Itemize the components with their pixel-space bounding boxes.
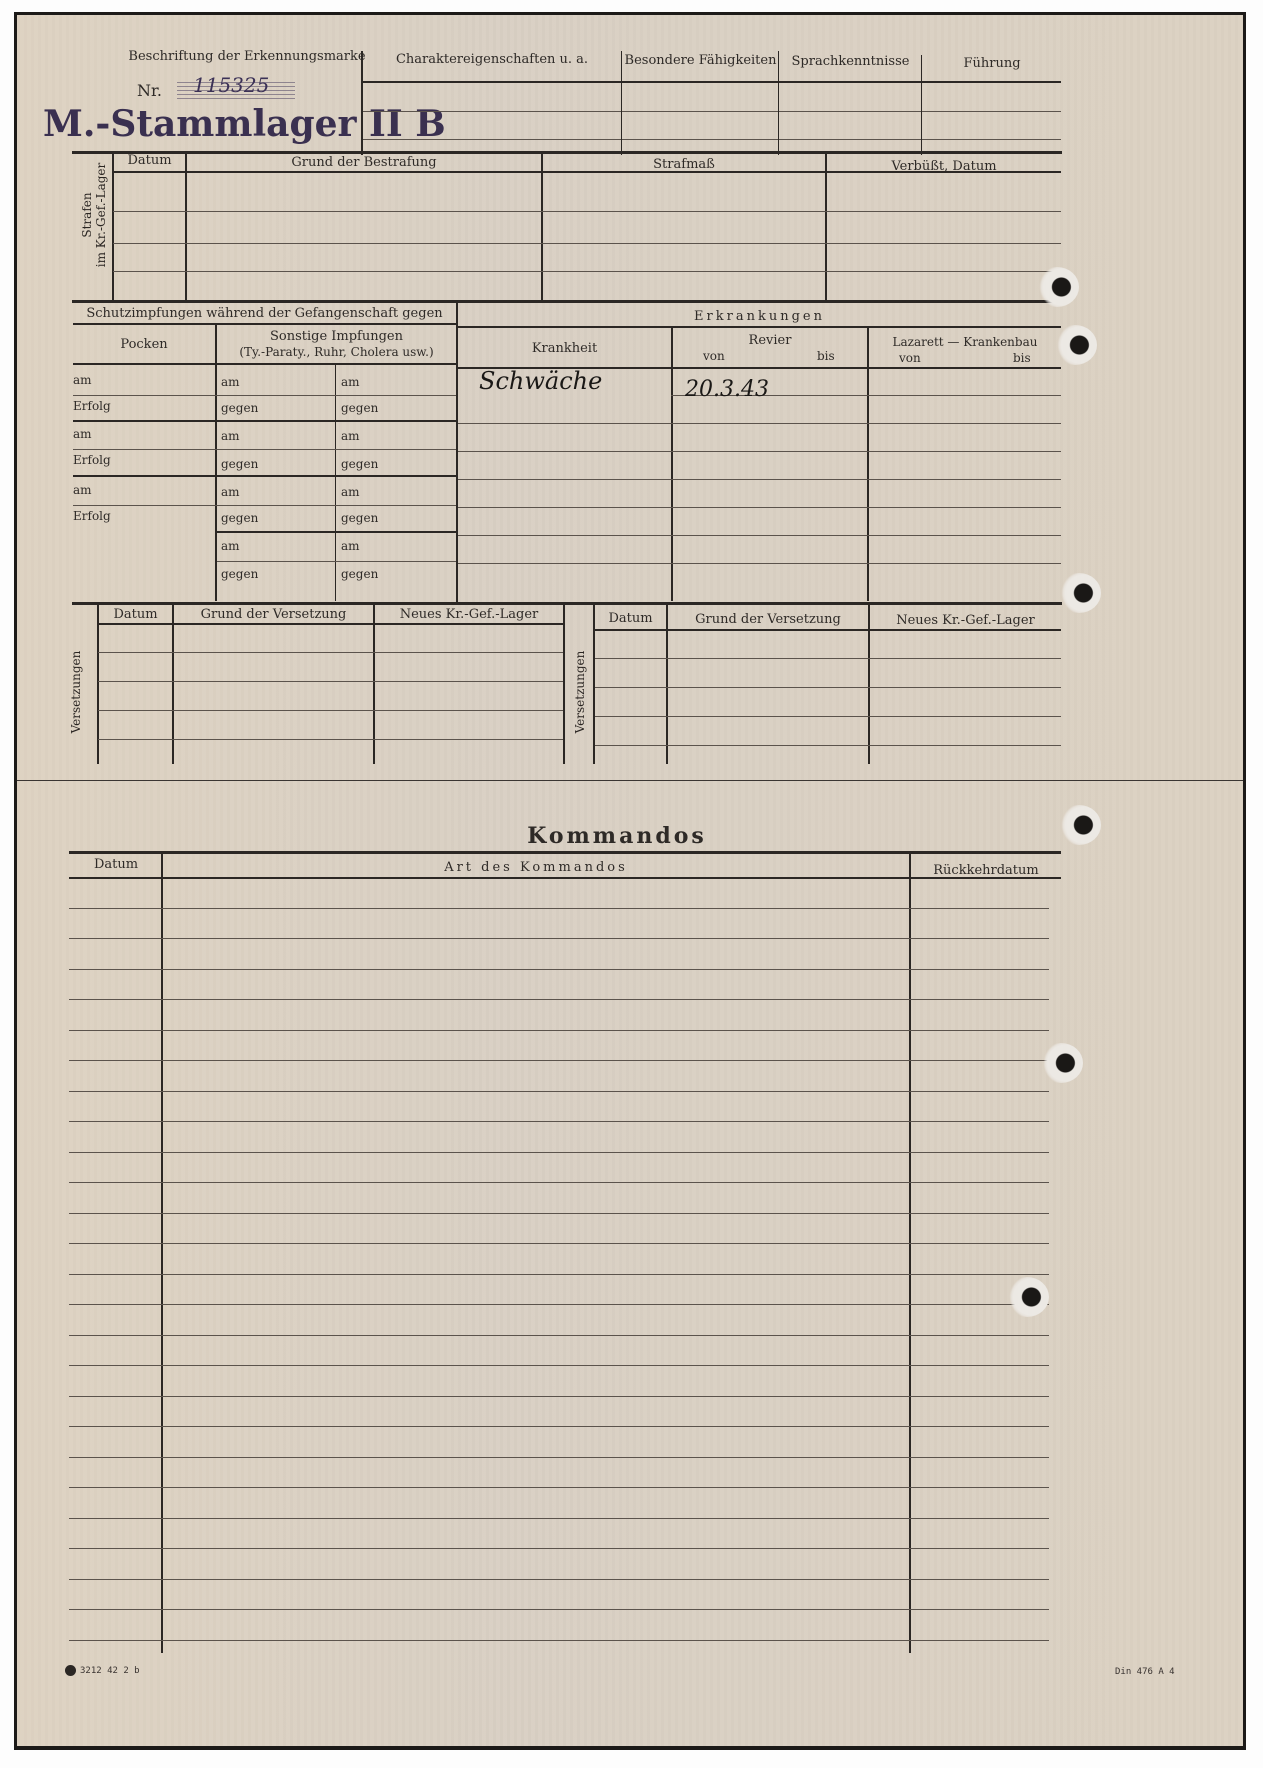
other-am: am xyxy=(221,429,240,443)
transfers-side-label-right: Versetzungen xyxy=(573,647,587,737)
revier-von: von xyxy=(703,349,725,363)
other-am: am xyxy=(341,539,360,553)
col-transfer-date-right: Datum xyxy=(595,611,666,626)
col-transfer-camp-right: Neues Kr.-Gef.-Lager xyxy=(870,613,1061,628)
ruled-line xyxy=(69,877,1061,879)
col-illness: Krankheit xyxy=(458,341,671,356)
col-special-skills: Besondere Fähigkeiten xyxy=(623,53,778,68)
punch-hole xyxy=(1057,805,1101,845)
print-code: 3212 42 2 b xyxy=(65,1665,140,1676)
col-transfer-camp-left: Neues Kr.-Gef.-Lager xyxy=(375,607,563,622)
punch-hole xyxy=(1005,1277,1049,1317)
ruled-line xyxy=(69,1121,1049,1122)
ruled-line xyxy=(69,1152,1049,1153)
other-gegen: gegen xyxy=(341,401,378,415)
other-am: am xyxy=(221,485,240,499)
tag-label: Beschriftung der Erkennungsmarke xyxy=(127,49,367,64)
ruled-line xyxy=(69,1487,1049,1488)
pocken-erfolg-3: Erfolg xyxy=(73,509,111,523)
ruled-line xyxy=(69,908,1049,909)
ruled-line xyxy=(69,969,1049,970)
ruled-line xyxy=(69,1579,1049,1580)
col-punish-date: Datum xyxy=(114,153,185,168)
col-languages: Sprachkenntnisse xyxy=(780,54,921,69)
document-page: Beschriftung der Erkennungsmarke Nr. 115… xyxy=(14,12,1246,1750)
col-transfer-date-left: Datum xyxy=(99,607,172,622)
col-conduct: Führung xyxy=(923,56,1061,71)
kommandos-title: Kommandos xyxy=(417,823,817,849)
other-am: am xyxy=(341,429,360,443)
ruled-line xyxy=(69,1640,1049,1641)
ruled-line xyxy=(69,1182,1049,1183)
ruled-line xyxy=(69,1396,1049,1397)
ruled-line xyxy=(69,1518,1049,1519)
col-kommando-return: Rückkehrdatum xyxy=(911,863,1061,878)
ruled-line xyxy=(69,1457,1049,1458)
punch-hole xyxy=(1057,573,1101,613)
ruled-line xyxy=(69,1060,1049,1061)
col-other-vacc-1: Sonstige Impfungen xyxy=(217,329,456,344)
ruled-line xyxy=(69,1243,1049,1244)
col-revier: Revier xyxy=(673,333,867,348)
other-am: am xyxy=(341,485,360,499)
pocken-am-2: am xyxy=(73,427,92,441)
punch-hole xyxy=(1039,1043,1083,1083)
transfers-side-label-left: Versetzungen xyxy=(69,647,83,737)
other-gegen: gegen xyxy=(221,567,258,581)
publisher-logo-icon xyxy=(65,1665,76,1676)
other-gegen: gegen xyxy=(221,511,258,525)
lazarett-von: von xyxy=(899,351,921,365)
vaccinations-title: Schutzimpfungen während der Gefangenscha… xyxy=(73,306,456,321)
illnesses-title: Erkrankungen xyxy=(458,309,1061,324)
pocken-erfolg-2: Erfolg xyxy=(73,453,111,467)
pocken-am-3: am xyxy=(73,483,92,497)
lazarett-bis: bis xyxy=(1013,351,1031,365)
pocken-erfolg-1: Erfolg xyxy=(73,399,111,413)
revier-bis: bis xyxy=(817,349,835,363)
other-am: am xyxy=(341,375,360,389)
col-other-vacc-2: (Ty.-Paraty., Ruhr, Cholera usw.) xyxy=(217,345,456,359)
col-punish-reason: Grund der Bestrafung xyxy=(187,155,541,170)
illness-name: Schwäche xyxy=(479,367,602,395)
col-lazarett: Lazarett — Krankenbau xyxy=(869,335,1061,349)
col-pocken: Pocken xyxy=(73,337,215,352)
pocken-am-1: am xyxy=(73,373,92,387)
ruled-line xyxy=(69,1335,1049,1336)
other-gegen: gegen xyxy=(221,401,258,415)
other-gegen: gegen xyxy=(341,511,378,525)
ruled-line xyxy=(69,1091,1049,1092)
ruled-line xyxy=(69,938,1049,939)
nr-value: 115325 xyxy=(193,73,269,97)
ruled-line xyxy=(69,1213,1049,1214)
punch-hole xyxy=(1035,267,1079,307)
ruled-line xyxy=(69,1274,1049,1275)
other-gegen: gegen xyxy=(341,567,378,581)
punch-hole xyxy=(1053,325,1097,365)
col-kommando-type: Art des Kommandos xyxy=(163,860,909,875)
other-gegen: gegen xyxy=(221,457,258,471)
ruled-line xyxy=(69,1365,1049,1366)
ruled-line xyxy=(69,1426,1049,1427)
ruled-line xyxy=(69,1609,1049,1610)
col-transfer-reason-right: Grund der Versetzung xyxy=(668,612,868,627)
ruled-line xyxy=(69,1548,1049,1549)
other-am: am xyxy=(221,375,240,389)
form-code: Din 476 A 4 xyxy=(1115,1667,1175,1677)
ruled-line xyxy=(69,1304,1049,1305)
ruled-line xyxy=(69,999,1049,1000)
ruled-line xyxy=(69,1030,1049,1031)
col-character: Charaktereigenschaften u. a. xyxy=(363,52,621,67)
col-transfer-reason-left: Grund der Versetzung xyxy=(174,607,373,622)
other-gegen: gegen xyxy=(341,457,378,471)
punishments-side-label: Strafenim Kr.-Gef.-Lager xyxy=(80,160,108,270)
revier-from-date: 20.3.43 xyxy=(685,377,769,402)
col-kommando-date: Datum xyxy=(71,857,161,872)
nr-label: Nr. xyxy=(137,81,162,100)
other-am: am xyxy=(221,539,240,553)
col-punish-measure: Strafmaß xyxy=(543,157,825,172)
col-punish-served: Verbüßt, Datum xyxy=(827,159,1061,174)
